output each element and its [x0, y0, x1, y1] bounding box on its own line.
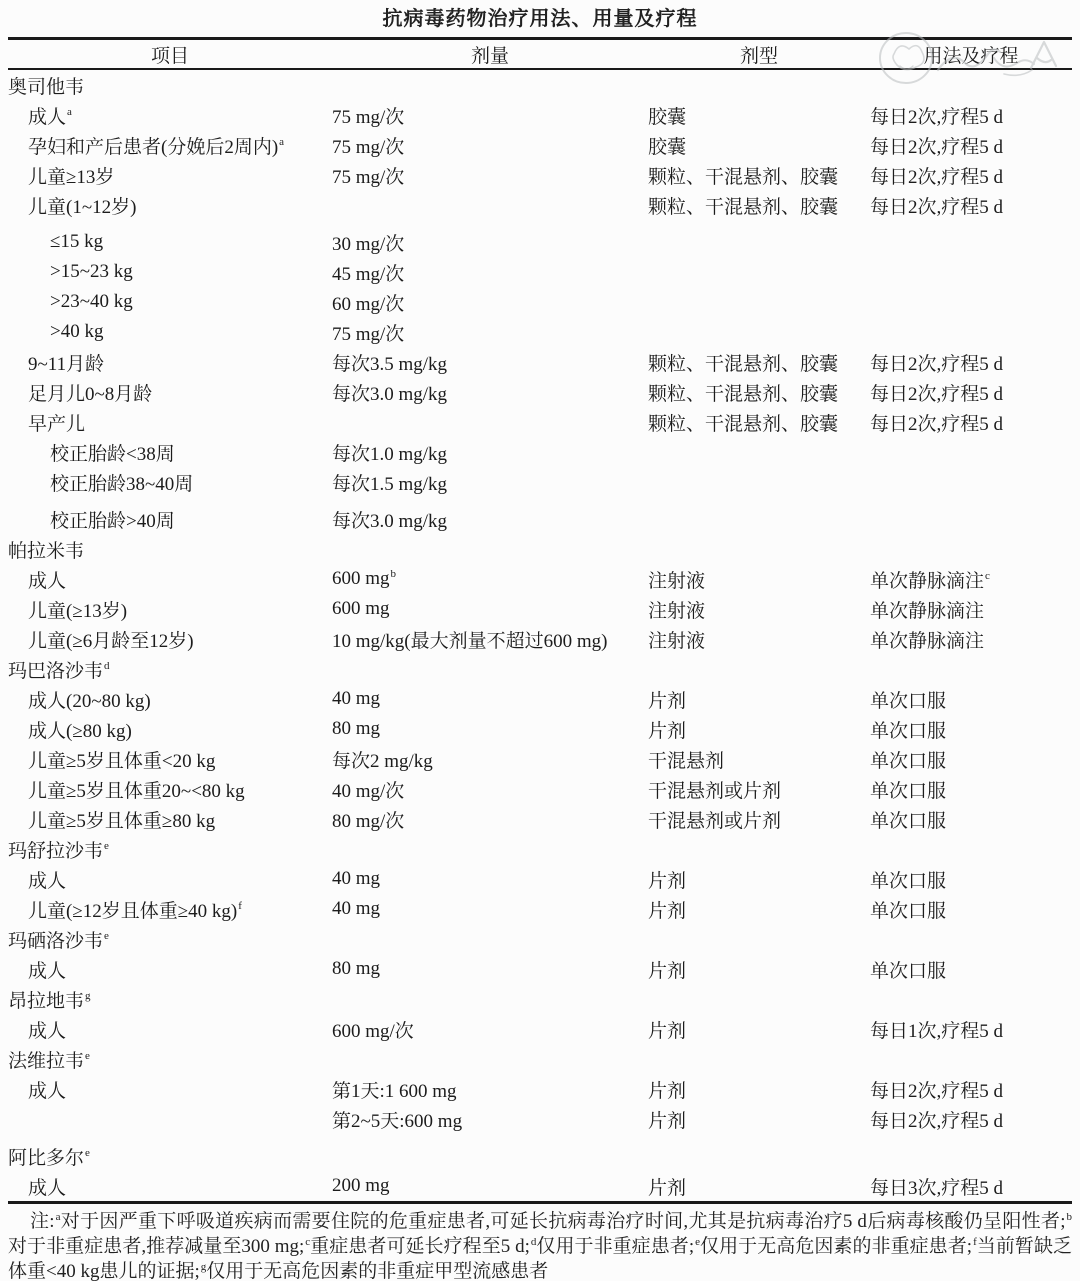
- dose-cell: 75 mg/次: [332, 102, 648, 129]
- usage-cell: 单次静脉滴注c: [870, 566, 1072, 593]
- item-cell: 成人a: [8, 102, 332, 129]
- dose-cell: 40 mg: [332, 898, 648, 920]
- table-row: 儿童(≥6月龄至12岁) 10 mg/kg(最大剂量不超过600 mg) 注射液…: [8, 624, 1072, 654]
- table-body: 奥司他韦 成人a 75 mg/次 胶囊 每日2次,疗程5 d 孕妇和产后患者(分…: [8, 70, 1072, 1201]
- table-row: 成人 80 mg 片剂 单次口服: [8, 954, 1072, 984]
- dose-cell: 40 mg: [332, 868, 648, 890]
- dose-cell: 每次3.0 mg/kg: [332, 379, 648, 406]
- table-row: 儿童(1~12岁) 颗粒、干混悬剂、胶囊 每日2次,疗程5 d: [8, 190, 1072, 220]
- form-cell: 注射液: [648, 596, 870, 623]
- column-header-dose: 剂量: [332, 41, 648, 68]
- usage-cell: 每日2次,疗程5 d: [870, 1106, 1072, 1133]
- item-cell: 儿童≥5岁且体重<20 kg: [8, 746, 332, 773]
- dose-cell: 10 mg/kg(最大剂量不超过600 mg): [332, 626, 648, 653]
- table-row: 成人 600 mgb 注射液 单次静脉滴注c: [8, 564, 1072, 594]
- footnote-marker: e: [104, 840, 109, 852]
- form-cell: 干混悬剂: [648, 746, 870, 773]
- item-cell: 儿童≥13岁: [8, 162, 332, 189]
- usage-cell: 单次口服: [870, 746, 1072, 773]
- table-row: 儿童≥5岁且体重20~<80 kg 40 mg/次 干混悬剂或片剂 单次口服: [8, 774, 1072, 804]
- footnote-marker: f: [238, 900, 242, 912]
- footnote-marker: a: [67, 106, 72, 118]
- item-cell: ≤15 kg: [8, 231, 332, 253]
- item-cell: 儿童(1~12岁): [8, 192, 332, 219]
- usage-cell: 每日3次,疗程5 d: [870, 1173, 1072, 1200]
- dose-cell: 75 mg/次: [332, 162, 648, 189]
- item-cell: >40 kg: [8, 321, 332, 343]
- footnote-marker: g: [85, 990, 91, 1002]
- column-header-usage: 用法及疗程: [870, 41, 1072, 68]
- table-row: 校正胎龄38~40周 每次1.5 mg/kg: [8, 467, 1072, 497]
- table-title: 抗病毒药物治疗用法、用量及疗程: [0, 0, 1080, 37]
- footnote-marker: a: [56, 1211, 61, 1223]
- table-row: 成人(20~80 kg) 40 mg 片剂 单次口服: [8, 684, 1072, 714]
- table-row: >40 kg 75 mg/次: [8, 317, 1072, 347]
- usage-cell: 每日1次,疗程5 d: [870, 1016, 1072, 1043]
- usage-cell: 单次口服: [870, 686, 1072, 713]
- usage-cell: 单次口服: [870, 806, 1072, 833]
- table-row: 成人(≥80 kg) 80 mg 片剂 单次口服: [8, 714, 1072, 744]
- form-cell: 注射液: [648, 566, 870, 593]
- item-cell: 校正胎龄>40周: [8, 506, 332, 533]
- usage-cell: 每日2次,疗程5 d: [870, 379, 1072, 406]
- usage-cell: 单次口服: [870, 866, 1072, 893]
- item-cell: 孕妇和产后患者(分娩后2周内)a: [8, 132, 332, 159]
- form-cell: 片剂: [648, 1016, 870, 1043]
- table-row: 9~11月龄 每次3.5 mg/kg 颗粒、干混悬剂、胶囊 每日2次,疗程5 d: [8, 347, 1072, 377]
- table-row: 玛硒洛沙韦e: [8, 924, 1072, 954]
- form-cell: 颗粒、干混悬剂、胶囊: [648, 349, 870, 376]
- table-row: ≤15 kg 30 mg/次: [8, 227, 1072, 257]
- table-row: 校正胎龄>40周 每次3.0 mg/kg: [8, 504, 1072, 534]
- dose-cell: 每次1.0 mg/kg: [332, 439, 648, 466]
- item-cell: 阿比多尔e: [8, 1143, 332, 1170]
- dose-cell: 每次3.0 mg/kg: [332, 506, 648, 533]
- item-cell: 法维拉韦e: [8, 1046, 332, 1073]
- item-cell: 儿童(≥12岁且体重≥40 kg)f: [8, 896, 332, 923]
- drug-dosage-table: 项目 剂量 剂型 用法及疗程 奥司他韦 成人a 75 mg/次 胶囊 每日2次,…: [8, 37, 1072, 1204]
- dose-cell: 每次1.5 mg/kg: [332, 469, 648, 496]
- dose-cell: 75 mg/次: [332, 132, 648, 159]
- item-cell: >15~23 kg: [8, 261, 332, 283]
- footnote-marker: e: [104, 930, 109, 942]
- form-cell: 注射液: [648, 626, 870, 653]
- item-cell: 儿童≥5岁且体重20~<80 kg: [8, 776, 332, 803]
- footnote-marker: e: [85, 1050, 90, 1062]
- table-row: 儿童≥5岁且体重<20 kg 每次2 mg/kg 干混悬剂 单次口服: [8, 744, 1072, 774]
- table-row: 早产儿 颗粒、干混悬剂、胶囊 每日2次,疗程5 d: [8, 407, 1072, 437]
- table-row: 第2~5天:600 mg 片剂 每日2次,疗程5 d: [8, 1104, 1072, 1134]
- item-cell: 成人(20~80 kg): [8, 686, 332, 713]
- dose-cell: 40 mg: [332, 688, 648, 710]
- table-row: 奥司他韦: [8, 70, 1072, 100]
- item-cell: 校正胎龄<38周: [8, 439, 332, 466]
- dose-cell: 30 mg/次: [332, 229, 648, 256]
- footnote-marker: a: [279, 136, 284, 148]
- table-row: 法维拉韦e: [8, 1044, 1072, 1074]
- table-row: 成人 600 mg/次 片剂 每日1次,疗程5 d: [8, 1014, 1072, 1044]
- form-cell: 胶囊: [648, 102, 870, 129]
- item-cell: 成人: [8, 956, 332, 983]
- table-row: 昂拉地韦g: [8, 984, 1072, 1014]
- dose-cell: 600 mg/次: [332, 1016, 648, 1043]
- item-cell: 儿童(≥6月龄至12岁): [8, 626, 332, 653]
- item-cell: 儿童(≥13岁): [8, 596, 332, 623]
- dose-cell: 每次2 mg/kg: [332, 746, 648, 773]
- form-cell: 颗粒、干混悬剂、胶囊: [648, 379, 870, 406]
- table-row: >23~40 kg 60 mg/次: [8, 287, 1072, 317]
- dose-cell: 第2~5天:600 mg: [332, 1106, 648, 1133]
- usage-cell: 每日2次,疗程5 d: [870, 409, 1072, 436]
- form-cell: 颗粒、干混悬剂、胶囊: [648, 192, 870, 219]
- footnote-marker: f: [973, 1236, 977, 1248]
- usage-cell: 每日2次,疗程5 d: [870, 349, 1072, 376]
- column-header-item: 项目: [8, 41, 332, 68]
- item-cell: 成人: [8, 566, 332, 593]
- item-cell: 玛硒洛沙韦e: [8, 926, 332, 953]
- dose-cell: 每次3.5 mg/kg: [332, 349, 648, 376]
- table-row: 帕拉米韦: [8, 534, 1072, 564]
- usage-cell: 单次静脉滴注: [870, 596, 1072, 623]
- table-row: 玛巴洛沙韦d: [8, 654, 1072, 684]
- form-cell: 片剂: [648, 1076, 870, 1103]
- footnote-marker: g: [201, 1261, 207, 1273]
- item-cell: 玛巴洛沙韦d: [8, 656, 332, 683]
- table-row: >15~23 kg 45 mg/次: [8, 257, 1072, 287]
- usage-cell: 单次口服: [870, 716, 1072, 743]
- form-cell: 片剂: [648, 866, 870, 893]
- footnote-marker: c: [305, 1236, 310, 1248]
- usage-cell: 单次口服: [870, 956, 1072, 983]
- dose-cell: 第1天:1 600 mg: [332, 1076, 648, 1103]
- dose-cell: 80 mg: [332, 718, 648, 740]
- usage-cell: 每日2次,疗程5 d: [870, 1076, 1072, 1103]
- usage-cell: 单次口服: [870, 896, 1072, 923]
- dose-cell: 60 mg/次: [332, 289, 648, 316]
- footnote-marker: d: [104, 660, 110, 672]
- item-cell: 成人: [8, 1076, 332, 1103]
- document-page: 抗病毒药物治疗用法、用量及疗程 项目 剂量 剂型 用法及疗程 奥司他韦 成人a …: [0, 0, 1080, 1281]
- form-cell: 胶囊: [648, 132, 870, 159]
- item-cell: 校正胎龄38~40周: [8, 469, 332, 496]
- item-cell: 成人: [8, 866, 332, 893]
- item-cell: 昂拉地韦g: [8, 986, 332, 1013]
- dose-cell: 80 mg: [332, 958, 648, 980]
- item-cell: 成人: [8, 1173, 332, 1200]
- dose-cell: 80 mg/次: [332, 806, 648, 833]
- footnote-marker: b: [1067, 1211, 1073, 1223]
- usage-cell: 每日2次,疗程5 d: [870, 162, 1072, 189]
- table-footnote: 注:a对于因严重下呼吸道疾病而需要住院的危重症患者,可延长抗病毒治疗时间,尤其是…: [8, 1209, 1072, 1281]
- table-row: 儿童≥5岁且体重≥80 kg 80 mg/次 干混悬剂或片剂 单次口服: [8, 804, 1072, 834]
- table-row: 孕妇和产后患者(分娩后2周内)a 75 mg/次 胶囊 每日2次,疗程5 d: [8, 130, 1072, 160]
- dose-cell: 600 mgb: [332, 568, 648, 590]
- form-cell: 颗粒、干混悬剂、胶囊: [648, 409, 870, 436]
- table-row: 阿比多尔e: [8, 1141, 1072, 1171]
- usage-cell: 每日2次,疗程5 d: [870, 102, 1072, 129]
- usage-cell: 单次静脉滴注: [870, 626, 1072, 653]
- table-header-row: 项目 剂量 剂型 用法及疗程: [8, 40, 1072, 70]
- item-cell: >23~40 kg: [8, 291, 332, 313]
- table-row: 儿童≥13岁 75 mg/次 颗粒、干混悬剂、胶囊 每日2次,疗程5 d: [8, 160, 1072, 190]
- form-cell: 干混悬剂或片剂: [648, 806, 870, 833]
- item-cell: 早产儿: [8, 409, 332, 436]
- form-cell: 片剂: [648, 686, 870, 713]
- item-cell: 成人: [8, 1016, 332, 1043]
- table-row: 足月儿0~8月龄 每次3.0 mg/kg 颗粒、干混悬剂、胶囊 每日2次,疗程5…: [8, 377, 1072, 407]
- table-row: 成人 第1天:1 600 mg 片剂 每日2次,疗程5 d: [8, 1074, 1072, 1104]
- usage-cell: 每日2次,疗程5 d: [870, 132, 1072, 159]
- footnote-marker: b: [391, 568, 397, 580]
- item-cell: 奥司他韦: [8, 72, 332, 99]
- table-row: 成人 40 mg 片剂 单次口服: [8, 864, 1072, 894]
- table-row: 玛舒拉沙韦e: [8, 834, 1072, 864]
- form-cell: 片剂: [648, 716, 870, 743]
- footnote-marker: e: [695, 1236, 700, 1248]
- footnote-marker: d: [531, 1236, 537, 1248]
- form-cell: 片剂: [648, 1106, 870, 1133]
- footnote-marker: c: [985, 570, 990, 582]
- item-cell: 成人(≥80 kg): [8, 716, 332, 743]
- dose-cell: 45 mg/次: [332, 259, 648, 286]
- form-cell: 颗粒、干混悬剂、胶囊: [648, 162, 870, 189]
- item-cell: 玛舒拉沙韦e: [8, 836, 332, 863]
- table-row: 儿童(≥13岁) 600 mg 注射液 单次静脉滴注: [8, 594, 1072, 624]
- column-header-form: 剂型: [648, 41, 870, 68]
- usage-cell: 单次口服: [870, 776, 1072, 803]
- table-row: 校正胎龄<38周 每次1.0 mg/kg: [8, 437, 1072, 467]
- usage-cell: 每日2次,疗程5 d: [870, 192, 1072, 219]
- item-cell: 帕拉米韦: [8, 536, 332, 563]
- form-cell: 片剂: [648, 896, 870, 923]
- table-row: 成人a 75 mg/次 胶囊 每日2次,疗程5 d: [8, 100, 1072, 130]
- table-row: 儿童(≥12岁且体重≥40 kg)f 40 mg 片剂 单次口服: [8, 894, 1072, 924]
- footnote-marker: e: [85, 1147, 90, 1159]
- item-cell: 9~11月龄: [8, 349, 332, 376]
- table-row: 成人 200 mg 片剂 每日3次,疗程5 d: [8, 1171, 1072, 1201]
- dose-cell: 40 mg/次: [332, 776, 648, 803]
- dose-cell: 200 mg: [332, 1175, 648, 1197]
- dose-cell: 600 mg: [332, 598, 648, 620]
- form-cell: 片剂: [648, 1173, 870, 1200]
- item-cell: 儿童≥5岁且体重≥80 kg: [8, 806, 332, 833]
- dose-cell: 75 mg/次: [332, 319, 648, 346]
- form-cell: 片剂: [648, 956, 870, 983]
- form-cell: 干混悬剂或片剂: [648, 776, 870, 803]
- item-cell: 足月儿0~8月龄: [8, 379, 332, 406]
